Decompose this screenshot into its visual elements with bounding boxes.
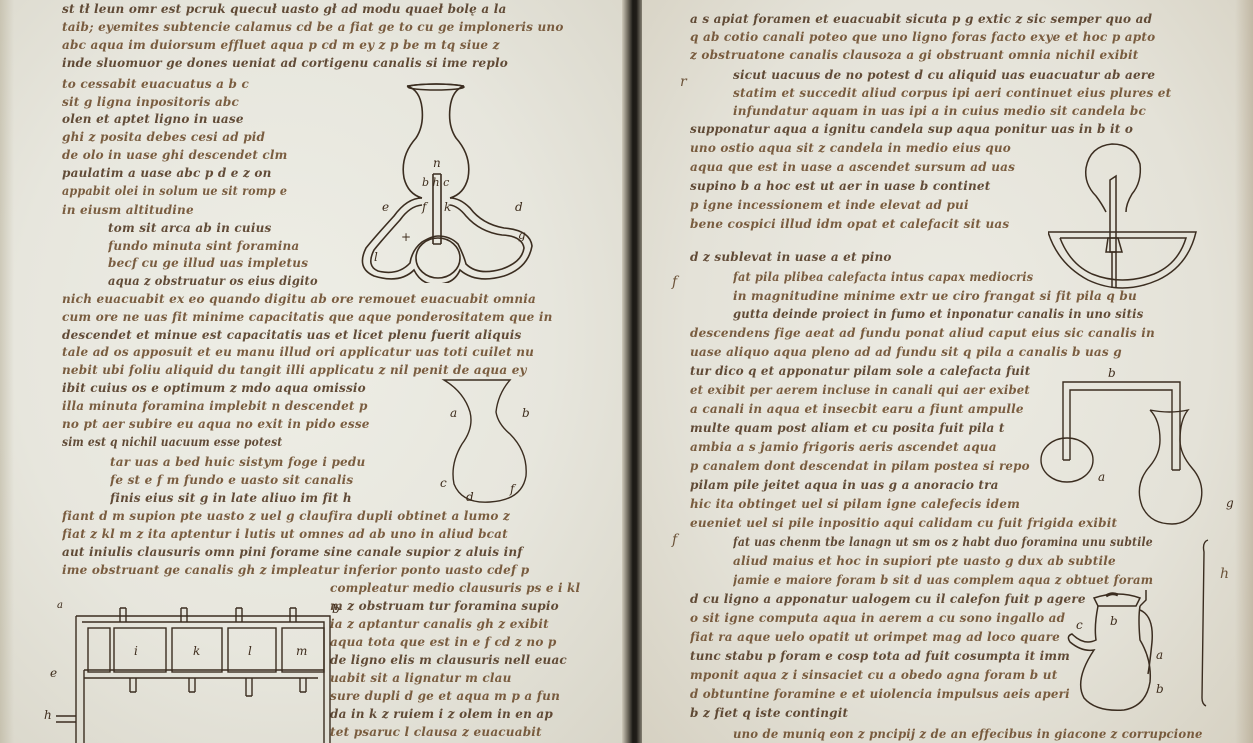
manuscript-text-line: sure dupli d ge et aqua m p a fun [330,689,580,703]
manuscript-text-line: uno ostio aqua sit z candela in medio ei… [690,141,1030,155]
manuscript-text-line: d z sublevat in uase a et pino [690,250,970,264]
manuscript-text-line: sit g ligna inpositoris abc [62,95,287,109]
manuscript-text-line: ime obstruant ge canalis gh z impleatur … [62,563,582,577]
manuscript-text-line: fiant d m supion pte uasto z uel g clauf… [62,509,582,523]
manuscript-text-line: compleatur medio clausuris ps e i kl [330,581,580,595]
margin-bracket [1198,538,1214,708]
manuscript-text-line: p igne incessionem et inde elevat ad pui [690,198,1030,212]
cistern-label-h: h [44,708,52,722]
manuscript-text-line: abc aqua im duiorsum effluet aqua p cd m… [62,38,577,52]
manuscript-text-line: fe st e f m fundo e uasto sit canalis [110,473,360,487]
manuscript-text-line: no pt aer subire eu aqua no exit in pido… [62,417,392,431]
manuscript-text-line: descendet et minue est capacitatis uas e… [62,328,582,342]
flask-label-center: b h c [422,176,449,189]
manuscript-text-line: cum ore ne uas fit minime capacitatis qu… [62,310,582,324]
manuscript-text-line: finis eius sit g in late aliuo im fit h [110,491,370,505]
manuscript-text-line: statim et succedit aliud corpus ipi aeri… [733,86,1203,100]
manuscript-text-line: z obstruatone canalis clausoza a gi obst… [690,48,1210,62]
manuscript-text-line: taib; eyemites subtencie calamus cd be a… [62,20,577,34]
manuscript-text-line: aqua que est in uase a ascendet sursum a… [690,160,1030,174]
page-edge-shadow [0,0,14,743]
manuscript-text-line: multe quam post aliam et cu posita fuit … [690,421,1030,435]
manuscript-text-line: fat uas chenm tbe lanagn ut sm os z habt… [733,535,1153,549]
margin-mark-3: f [672,532,677,548]
manuscript-text-line: m z obstruam tur foramina supio [330,599,580,613]
manuscript-text-line: uabit sit a lignatur m clau [330,671,580,685]
manuscript-text-line: ambia a s jamio frigoris aeris ascendet … [690,440,1030,454]
manuscript-text-line: tur dico q et apponatur pilam sole a cal… [690,364,1030,378]
manuscript-text-line: d cu ligno a apponatur ualogem cu il cal… [690,592,1090,606]
jug-label-b: b [1110,614,1118,628]
manuscript-text-line: aqua z obstruatur os eius digito [108,274,318,288]
cistern-label-e: e [50,666,57,680]
siphon-label-top: b [1108,366,1116,380]
left-page: st tł leun omr est pcruk quecuł uasto gł… [0,0,628,743]
manuscript-text-line: paulatim a uase abc p d e z on [62,166,287,180]
manuscript-text-line: infundatur aquam in uas ipi a in cuius m… [733,104,1203,118]
manuscript-text-line: de ligno elis m clausuris nell euac [330,653,580,667]
manuscript-text-line: d obtuntine foramine e et uiolencia impu… [690,687,1070,701]
flask-label-k: k [444,200,451,214]
manuscript-text-line: q ab cotio canali poteo que uno ligno fo… [690,30,1210,44]
flask-label-l: l [374,250,378,264]
manuscript-text-line: aliud maius et hoc in supiori pte uasto … [733,554,1153,568]
margin-mark-1: r [680,74,687,90]
manuscript-text-line: mponit aqua z i sinsaciet cu a obedo agn… [690,668,1070,682]
manuscript-text-line: tet psaruc l clausa z euacuabit [330,725,580,739]
manuscript-text-line: in magnitudine minime extr ue ciro frang… [733,289,1143,303]
manuscript-text-line: tom sit arca ab in cuius [108,221,298,235]
flask-label-e: e [382,200,389,214]
compartment-label-i: i [134,644,138,658]
manuscript-text-line: ghi z posita debes cesi ad pid [62,130,287,144]
margin-mark-2: f [672,274,677,290]
jug-label-c: c [1076,618,1083,632]
manuscript-text-line: fiat ra aque uelo opatit ut orimpet mag … [690,630,1070,644]
manuscript-text-line: becf cu ge illud uas impletus [108,256,308,270]
compartment-label-k: k [193,644,200,658]
manuscript-text-line: uase aliquo aqua pleno ad ad fundu sit q… [690,345,1210,359]
flask-label-d: d [515,200,523,214]
margin-note: h [1220,566,1229,582]
siphon-label-g: g [1226,496,1234,510]
manuscript-text-line: ia z aptantur canalis gh z exibit [330,617,580,631]
manuscript-text-line: da in k z ruiem i z olem in en ap [330,707,580,721]
cistern-compartments-diagram: a e h b i k l m [50,590,340,743]
jug-aeolipile-diagram: c b a b [1058,590,1168,720]
siphon-flasks-diagram: b a g [1030,360,1250,535]
manuscript-text-line: fiat z kl m z ita aptentur i lutis ut om… [62,527,582,541]
manuscript-text-line: tunc stabu p foram e cosp tota ad fuit c… [690,649,1070,663]
manuscript-text-line: st tł leun omr est pcruk quecuł uasto gł… [62,2,577,16]
cistern-label-a: a [57,600,63,611]
vase-label-a: a [450,406,457,420]
manuscript-text-line: de olo in uase ghi descendet clm [62,148,287,162]
manuscript-text-line: pilam pile jeitet aqua in uas g a anorac… [690,478,1030,492]
manuscript-text-line: a canali in aqua et insecbit earu a fiun… [690,402,1030,416]
siphon-label-a: a [1098,470,1105,484]
manuscript-text-line: a s apiat foramen et euacuabit sicuta p … [690,12,1210,26]
flask-label-plus: + [401,230,411,244]
manuscript-text-line: in eiusm altitudine [62,203,212,217]
manuscript-text-line: sicut uacuus de no potest d cu aliquid u… [733,68,1203,82]
candle-basin-diagram [1048,140,1198,290]
vase-label-d: d [466,490,474,504]
manuscript-text-line: supino b a hoc est ut aer in uase b cont… [690,179,1030,193]
manuscript-text-line: et exibit per aerem incluse in canali qu… [690,383,1030,397]
manuscript-text-line: aut iniulis clausuris omn pini forame si… [62,545,582,559]
manuscript-text-line: uno de muniq eon z pncipij z de an effec… [733,727,1203,741]
vase-label-c: c [440,476,447,490]
vase-label-b: b [522,406,530,420]
manuscript-text-line: b z fiet q iste contingit [690,706,950,720]
compartment-label-l: l [248,644,252,658]
manuscript-text-line: hic ita obtinget uel si pilam igne calef… [690,497,1030,511]
vase-label-f: f [510,482,514,496]
manuscript-text-line: nich euacuabit ex eo quando digitu ab or… [62,292,582,306]
manuscript-text-line: sim est q nichil uacuum esse potest [62,435,282,449]
compartment-label-m: m [296,644,307,658]
flask-label-g: g [518,228,526,242]
manuscript-text-line: appabit olei in solum ue sit romp e [62,184,287,198]
manuscript-text-line: descendens fige aeat ad fundu ponat aliu… [690,326,1210,340]
manuscript-text-line: p canalem dont descendat in pilam postea… [690,459,1030,473]
manuscript-text-line: olen et aptet ligno in uase [62,112,287,126]
three-bulb-flask-diagram: n b h c e f k d g + l [352,78,572,283]
manuscript-text-line: inde sluomuor ge dones ueniat ad cortige… [62,56,577,70]
manuscript-text-line: tale ad os apposuit et eu manu illud ori… [62,345,582,359]
manuscript-text-line: jamie e maiore foram b sit d uas complem… [733,573,1153,587]
manuscript-text-line: supponatur aqua a ignitu candela sup aqu… [690,122,1210,136]
jug-label-b2: b [1156,682,1164,696]
manuscript-text-line: gutta deinde proiect in fumo et inponatu… [733,307,1143,321]
manuscript-text-line: fundo minuta sint foramina [108,239,308,253]
flask-label-f: f [422,200,426,214]
flask-label-n: n [433,156,441,170]
vase-diagram: a b c d f [410,372,540,507]
manuscript-text-line: bene cospici illud idm opat et calefacit… [690,217,1030,231]
manuscript-text-line: tar uas a bed huic sistym foge i pedu [110,455,385,469]
manuscript-text-line: ibit cuius os e optimum z mdo aqua omiss… [62,381,392,395]
manuscript-text-line: fat pila plibea calefacta intus capax me… [733,270,1033,284]
manuscript-text-line: to cessabit euacuatus a b c [62,77,287,91]
manuscript-text-line: o sit igne computa aqua in aerem a cu so… [690,611,1070,625]
cistern-label-b: b [332,602,340,616]
manuscript-text-line: aqua tota que est in e f cd z no p [330,635,580,649]
jug-label-a: a [1156,648,1163,662]
manuscript-text-line: illa minuta foramina implebit n descende… [62,399,392,413]
